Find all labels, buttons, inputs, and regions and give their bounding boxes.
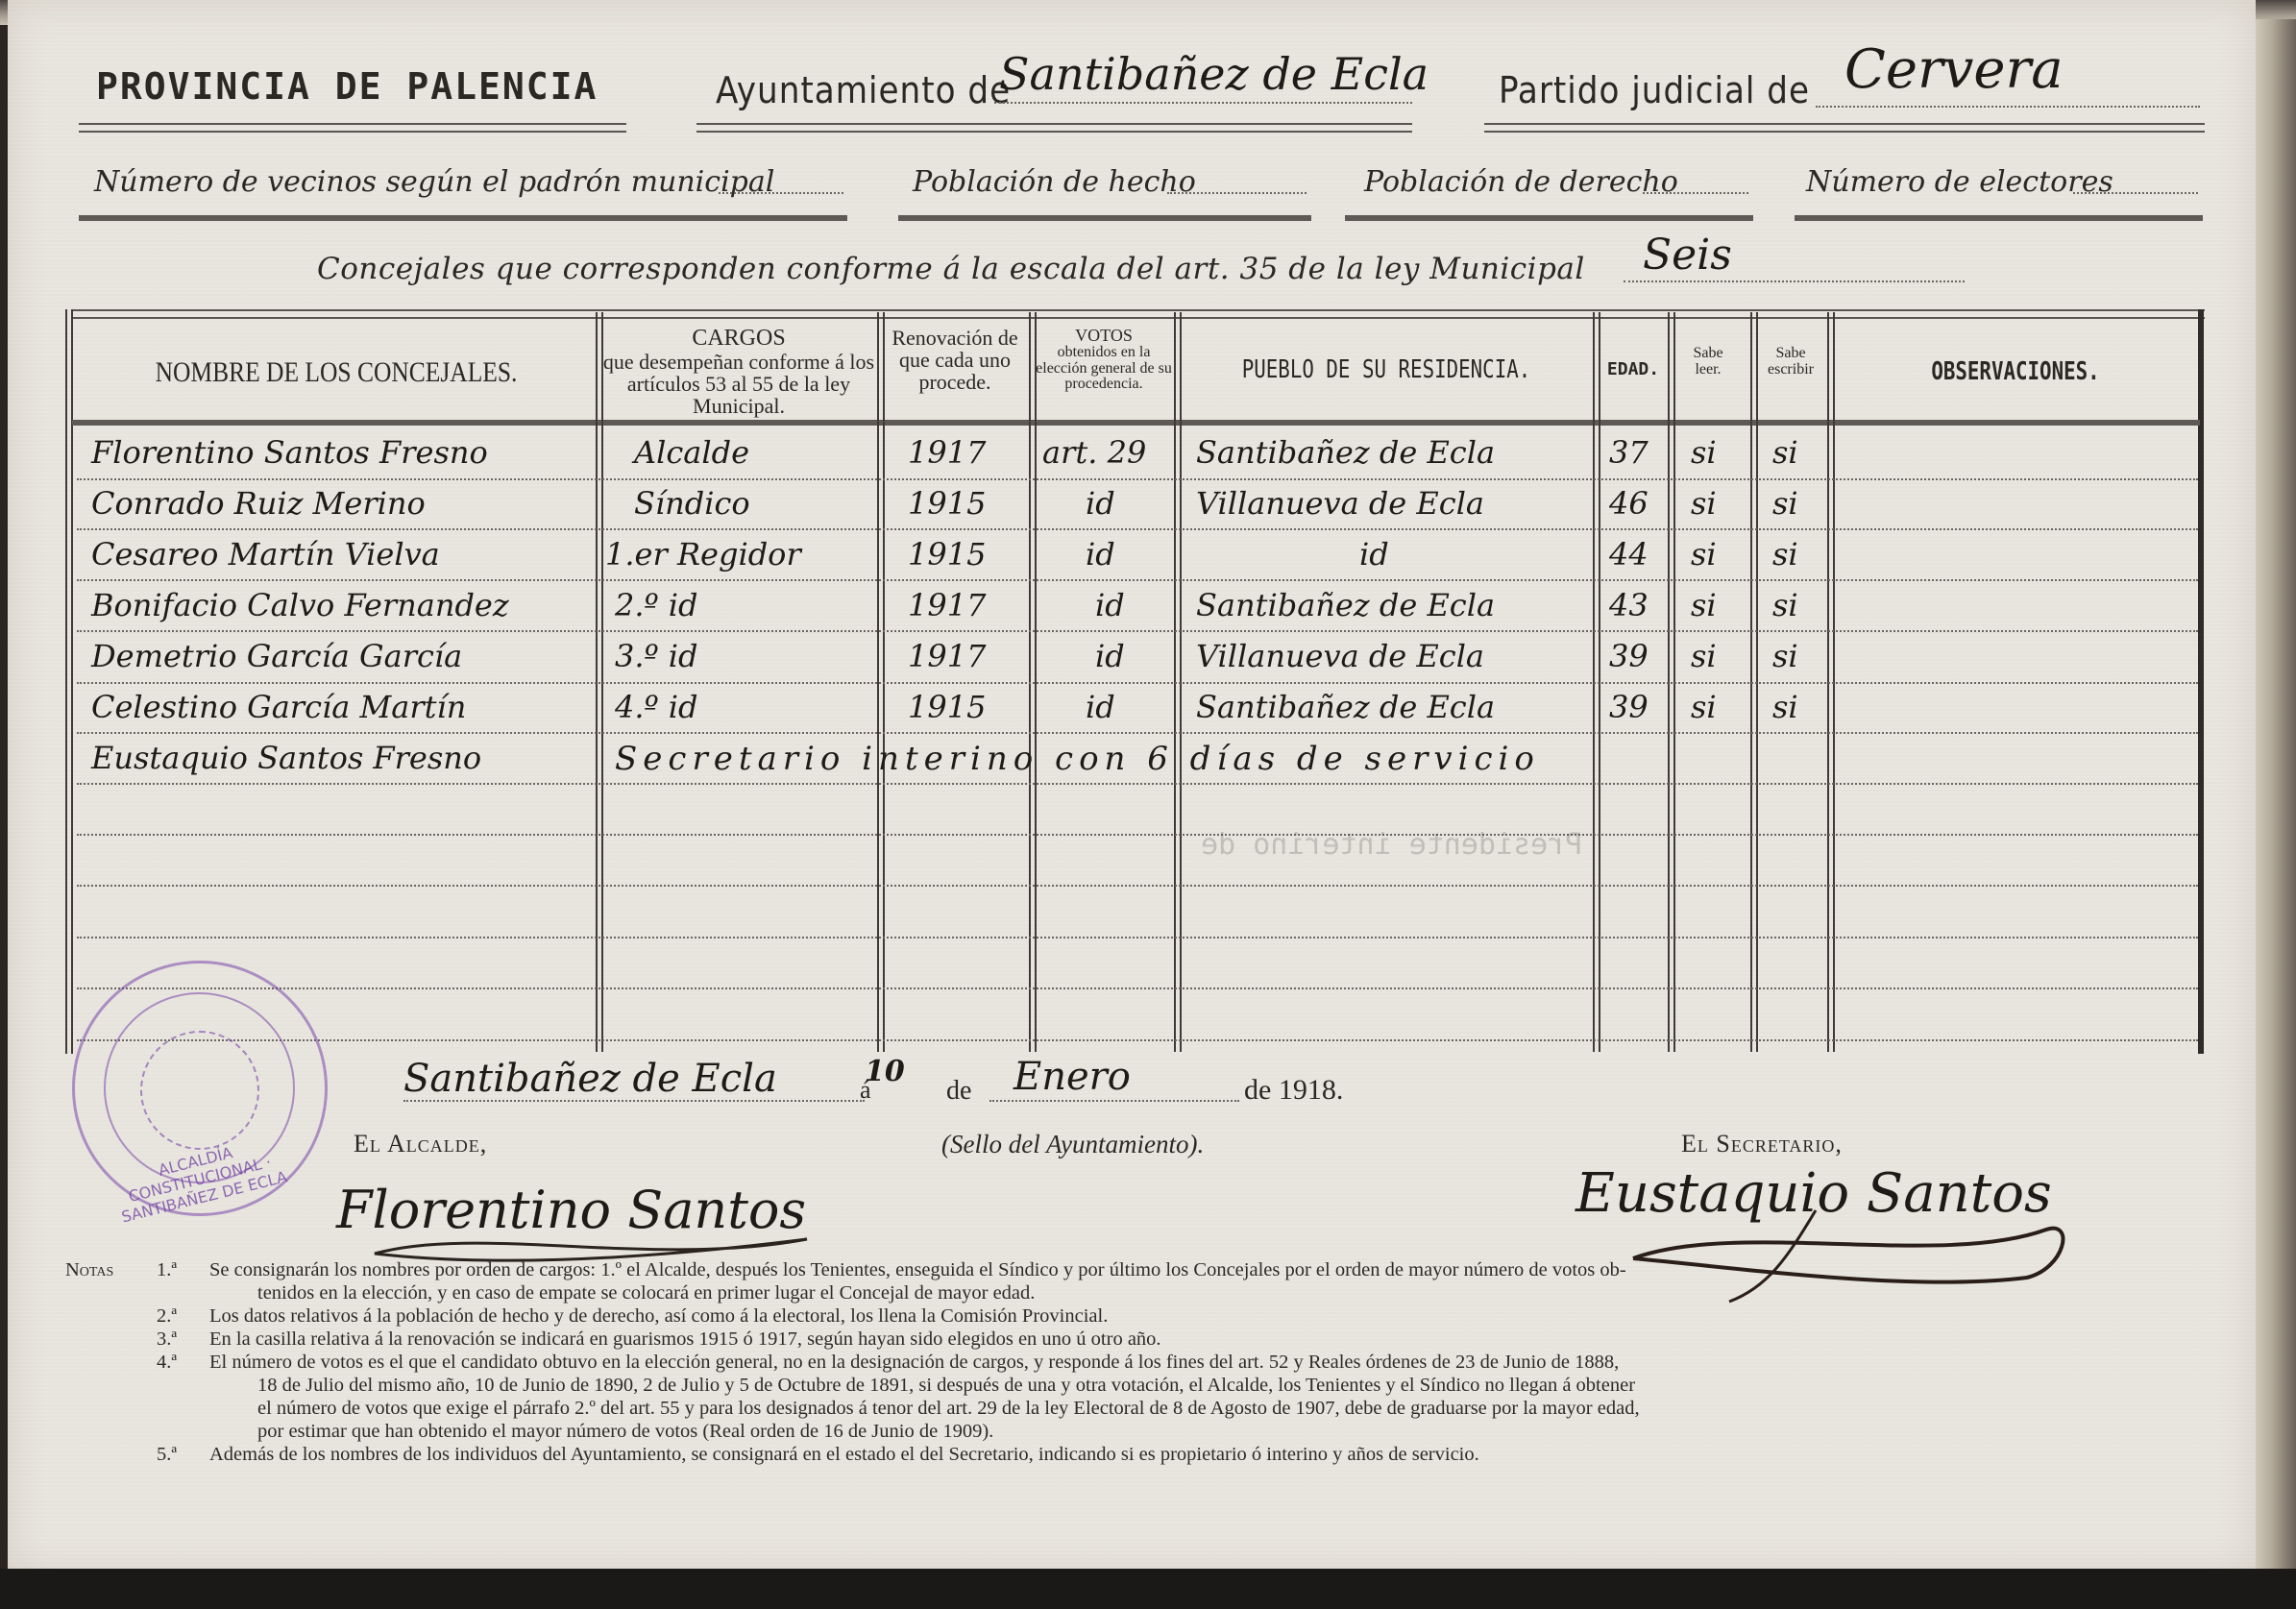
col-header-cargos: CARGOS que desempeñan conforme á los art…	[599, 327, 878, 417]
alcalde-label: El Alcalde,	[354, 1130, 487, 1158]
col-header-cargos-title: CARGOS	[599, 327, 878, 351]
partido-label: Partido judicial de	[1499, 69, 1810, 111]
cell-votos: id	[1095, 587, 1125, 623]
cell-edad: 46	[1609, 485, 1649, 522]
cell-secretary-note: Secretario interino con 6 días de servic…	[615, 740, 1540, 778]
cell-votos: id	[1095, 638, 1125, 674]
province-title: PROVINCIA DE PALENCIA	[96, 65, 598, 108]
ayuntamiento-value: Santibañez de Ecla	[999, 48, 1429, 100]
partido-field-line	[1816, 106, 2200, 108]
cell-cargo: 4.º id	[615, 689, 697, 725]
cell-escribir: si	[1772, 434, 1798, 471]
cell-pueblo: id	[1359, 536, 1389, 573]
poblacion-hecho-label: Población de hecho	[913, 165, 1196, 199]
note-4-num: 4.ª	[157, 1351, 177, 1374]
row-line	[77, 528, 2198, 530]
cell-pueblo: Villanueva de Ecla	[1196, 485, 1484, 522]
cell-escribir: si	[1772, 485, 1798, 522]
col-header-leer: Sabe leer.	[1679, 346, 1737, 378]
cell-escribir: si	[1772, 689, 1798, 725]
divider	[1795, 215, 2203, 221]
cell-leer: si	[1691, 689, 1717, 725]
cell-nombre: Bonifacio Calvo Fernandez	[91, 587, 509, 623]
divider	[696, 123, 1412, 133]
row-line	[77, 834, 2198, 836]
electores-field	[2073, 192, 2198, 194]
cell-cargo: Alcalde	[634, 434, 749, 471]
date-day: 10	[865, 1055, 905, 1088]
col-header-escribir: Sabe escribir	[1756, 346, 1825, 378]
divider	[898, 215, 1311, 221]
cell-pueblo: Santibañez de Ecla	[1196, 587, 1495, 623]
cell-edad: 43	[1609, 587, 1649, 623]
cell-edad: 39	[1609, 638, 1649, 674]
cell-renovacion: 1915	[908, 485, 986, 522]
secretario-label: El Secretario,	[1681, 1130, 1843, 1158]
col-header-votos: VOTOS obtenidos en la elección general d…	[1034, 327, 1174, 393]
cell-leer: si	[1691, 434, 1717, 471]
ayuntamiento-field-line	[994, 102, 1412, 104]
col-header-pueblo: PUEBLO DE SU RESIDENCIA.	[1221, 357, 1551, 383]
cell-renovacion: 1917	[908, 587, 986, 623]
book-edge-right	[2256, 19, 2296, 1585]
row-line	[77, 682, 2198, 684]
cell-renovacion: 1915	[908, 536, 986, 573]
cell-cargo: 2.º id	[615, 587, 697, 623]
ayuntamiento-label: Ayuntamiento de	[716, 69, 1011, 111]
poblacion-derecho-field	[1643, 192, 1748, 194]
row-line	[77, 1039, 2198, 1041]
header-separator	[72, 420, 2200, 426]
note-4-line-4: por estimar que han obtenido el mayor nú…	[257, 1420, 993, 1443]
divider	[79, 123, 626, 133]
note-4-line-3: el número de votos que exige el párrafo …	[257, 1397, 1640, 1420]
cell-cargo: 3.º id	[615, 638, 697, 674]
notes-heading: Notas	[65, 1258, 113, 1281]
partido-value: Cervera	[1844, 38, 2064, 101]
cell-leer: si	[1691, 485, 1717, 522]
col-header-cargos-desc: que desempeñan conforme á los artículos …	[599, 351, 878, 417]
vecinos-label: Número de vecinos según el padrón munici…	[94, 165, 774, 199]
vecinos-field	[719, 192, 843, 194]
date-de: de	[946, 1076, 971, 1107]
bleed-through-text: Presidente interino de	[1201, 828, 1582, 862]
date-month: Enero	[1014, 1055, 1131, 1099]
note-1-line-1: Se consignarán los nombres por orden de …	[209, 1258, 1626, 1281]
cell-leer: si	[1691, 638, 1717, 674]
note-4-line-1: El número de votos es el que el candidat…	[209, 1351, 1619, 1374]
cell-renovacion: 1917	[908, 638, 986, 674]
col-header-votos-title: VOTOS	[1034, 327, 1174, 345]
note-3-line-1: En la casilla relativa á la renovación s…	[209, 1328, 1161, 1351]
note-2-line-1: Los datos relativos á la población de he…	[209, 1304, 1108, 1328]
cell-edad: 39	[1609, 689, 1649, 725]
cell-leer: si	[1691, 587, 1717, 623]
note-1-num: 1.ª	[157, 1258, 177, 1281]
cell-votos: id	[1086, 485, 1115, 522]
divider	[79, 215, 847, 221]
row-line	[77, 885, 2198, 887]
cell-cargo: 1.er Regidor	[605, 536, 801, 573]
cell-edad: 44	[1609, 536, 1649, 573]
cell-nombre: Demetrio García García	[91, 638, 462, 674]
note-5-num: 5.ª	[157, 1443, 177, 1466]
cell-nombre: Eustaquio Santos Fresno	[91, 740, 481, 776]
table-top-border	[72, 309, 2205, 319]
col-header-votos-desc: obtenidos en la elección general de su p…	[1034, 345, 1174, 393]
cell-nombre: Conrado Ruiz Merino	[91, 485, 426, 522]
cell-leer: si	[1691, 536, 1717, 573]
date-place-line	[403, 1100, 865, 1102]
town-seal-stamp: ALCALDÍA CONSTITUCIONAL · SANTIBAÑEZ DE …	[72, 961, 328, 1216]
secretario-rubric	[1624, 1201, 2085, 1306]
divider	[1345, 215, 1753, 221]
cell-votos: id	[1086, 689, 1115, 725]
cell-nombre: Celestino García Martín	[91, 689, 466, 725]
note-2-num: 2.ª	[157, 1304, 177, 1328]
date-month-line	[989, 1100, 1239, 1102]
cell-votos: id	[1086, 536, 1115, 573]
note-4-line-2: 18 de Julio del mismo año, 10 de Junio d…	[257, 1374, 1635, 1397]
row-line	[77, 732, 2198, 734]
poblacion-derecho-label: Población de derecho	[1364, 165, 1678, 199]
electores-label: Número de electores	[1806, 165, 2113, 199]
cell-votos: art. 29	[1042, 434, 1146, 471]
note-5-line-1: Además de los nombres de los individuos …	[209, 1443, 1479, 1466]
row-line	[77, 579, 2198, 581]
col-header-edad: EDAD.	[1599, 361, 1668, 379]
sello-label: (Sello del Ayuntamiento).	[941, 1130, 1204, 1159]
col-header-observaciones: OBSERVACIONES.	[1869, 359, 2162, 385]
note-1-line-2: tenidos en la elección, y en caso de emp…	[257, 1281, 1035, 1304]
concejales-label: Concejales que corresponden conforme á l…	[317, 252, 1585, 286]
poblacion-hecho-field	[1167, 192, 1307, 194]
col-header-renovacion: Renovación de que cada uno procede.	[882, 327, 1028, 393]
concejales-field-line	[1624, 280, 1965, 282]
cell-pueblo: Santibañez de Ecla	[1196, 689, 1495, 725]
cell-pueblo: Villanueva de Ecla	[1196, 638, 1484, 674]
row-line	[77, 987, 2198, 989]
note-3-num: 3.ª	[157, 1328, 177, 1351]
cell-escribir: si	[1772, 587, 1798, 623]
cell-renovacion: 1917	[908, 434, 986, 471]
col-header-nombre: NOMBRE DE LOS CONCEJALES.	[116, 357, 557, 388]
cell-cargo: Síndico	[634, 485, 750, 522]
book-edge-bottom	[0, 1569, 2296, 1609]
date-place: Santibañez de Ecla	[403, 1057, 777, 1101]
date-year: de 1918.	[1244, 1074, 1343, 1107]
cell-escribir: si	[1772, 536, 1798, 573]
cell-escribir: si	[1772, 638, 1798, 674]
cell-nombre: Cesareo Martín Vielva	[91, 536, 440, 573]
concejales-value: Seis	[1643, 231, 1732, 280]
row-line	[77, 478, 2198, 480]
cell-renovacion: 1915	[908, 689, 986, 725]
cell-edad: 37	[1609, 434, 1649, 471]
row-line	[77, 937, 2198, 939]
row-line	[77, 630, 2198, 632]
cell-nombre: Florentino Santos Fresno	[91, 434, 488, 471]
divider	[1484, 123, 2205, 133]
row-line	[77, 783, 2198, 785]
cell-pueblo: Santibañez de Ecla	[1196, 434, 1495, 471]
